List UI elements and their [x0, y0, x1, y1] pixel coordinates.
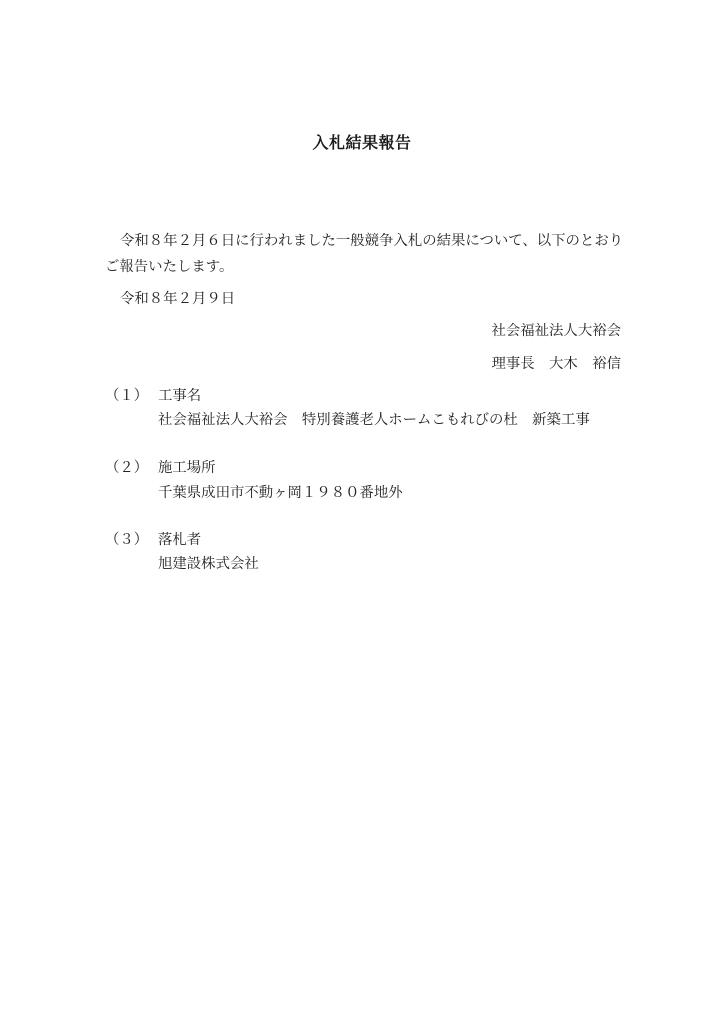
document-title: 入札結果報告	[0, 133, 724, 153]
item-number-1: （１）	[105, 388, 148, 404]
item-label-construction-name: 工事名	[158, 388, 201, 404]
item-number-3: （３）	[105, 532, 148, 548]
item-number-2: （２）	[105, 460, 148, 476]
item-label-winning-bidder: 落札者	[158, 532, 201, 548]
intro-line-1: 令和８年２月６日に行われました一般競争入札の結果について、以下のとおり	[120, 233, 623, 249]
item-value-construction-site: 千葉県成田市不動ヶ岡１９８０番地外	[158, 485, 403, 501]
issuer-representative: 理事長 大木 裕信	[491, 356, 621, 372]
issuer-organization: 社会福祉法人大裕会	[491, 323, 621, 339]
document-page: 入札結果報告 令和８年２月６日に行われました一般競争入札の結果について、以下のと…	[0, 0, 724, 1024]
item-value-winning-bidder: 旭建設株式会社	[158, 556, 259, 572]
item-value-construction-name: 社会福祉法人大裕会 特別養護老人ホームこもれびの杜 新築工事	[158, 412, 590, 428]
report-date: 令和８年２月９日	[120, 291, 235, 307]
intro-line-2: ご報告いたします。	[105, 259, 233, 275]
item-label-construction-site: 施工場所	[158, 460, 216, 476]
